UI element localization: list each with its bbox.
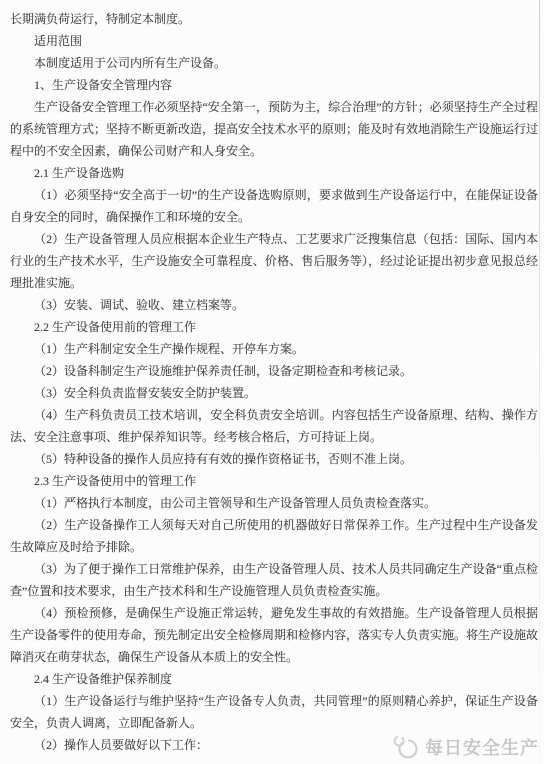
- list-item-2-2-3: （3）安全科负责监督安装安全防护装置。: [10, 382, 538, 404]
- paragraph-scope: 本制度适用于公司内所有生产设备。: [10, 52, 538, 74]
- heading-applicable-scope: 适用范围: [10, 30, 538, 52]
- page-edge-line: [539, 0, 540, 764]
- document-page: 长期满负荷运行，特制定本制度。 适用范围 本制度适用于公司内所有生产设备。 1、…: [0, 0, 544, 764]
- watermark-label: 每日安全生产: [425, 734, 539, 760]
- list-item-2-3-4: （4）预检预修，是确保生产设施正常运转，避免发生事故的有效措施。生产设备管理人员…: [10, 602, 538, 668]
- list-item-2-2-1: （1）生产科制定安全生产操作规程、开停车方案。: [10, 338, 538, 360]
- list-item-2-1-1: （1）必须坚持“安全高于一切”的生产设备选购原则，要求做到生产设备运行中，在能保…: [10, 184, 538, 228]
- list-item-2-2-5: （5）特种设备的操作人员应持有有效的操作资格证书，否则不准上岗。: [10, 448, 538, 470]
- watermark: 每日安全生产: [392, 734, 539, 760]
- list-item-2-2-4: （4）生产科负责员工技术培训，安全科负责安全培训。内容包括生产设备原理、结构、操…: [10, 404, 538, 448]
- heading-section-2-3: 2.3 生产设备使用中的管理工作: [10, 470, 538, 492]
- list-item-2-1-3: （3）安装、调试、验收、建立档案等。: [10, 294, 538, 316]
- list-item-2-2-2: （2）设备科制定生产设施维护保养责任制，设备定期检查和考核记录。: [10, 360, 538, 382]
- list-item-2-3-3: （3）为了便于操作工日常维护保养，由生产设备管理人员、技术人员共同确定生产设备“…: [10, 558, 538, 602]
- heading-section-2-1: 2.1 生产设备选购: [10, 162, 538, 184]
- list-item-2-4-1: （1）生产设备运行与维护坚持“生产设备专人负责，共同管理”的原则精心养护，保证生…: [10, 690, 538, 734]
- paragraph-policy: 生产设备安全管理工作必须坚持“安全第一，预防为主，综合治理”的方针；必须坚持生产…: [10, 96, 538, 162]
- list-item-2-1-2: （2）生产设备管理人员应根据本企业生产特点、工艺要求广泛搜集信息（包括：国际、国…: [10, 228, 538, 294]
- list-item-2-3-1: （1）严格执行本制度，由公司主管领导和生产设备管理人员负责检查落实。: [10, 492, 538, 514]
- list-item-2-3-2: （2）生产设备操作工人须每天对自己所使用的机器做好日常保养工作。生产过程中生产设…: [10, 514, 538, 558]
- heading-section-1: 1、生产设备安全管理内容: [10, 74, 538, 96]
- paragraph-carryover: 长期满负荷运行，特制定本制度。: [10, 8, 538, 30]
- heading-section-2-2: 2.2 生产设备使用前的管理工作: [10, 316, 538, 338]
- heading-section-2-4: 2.4 生产设备维护保养制度: [10, 668, 538, 690]
- daily-safety-logo-icon: [392, 734, 420, 760]
